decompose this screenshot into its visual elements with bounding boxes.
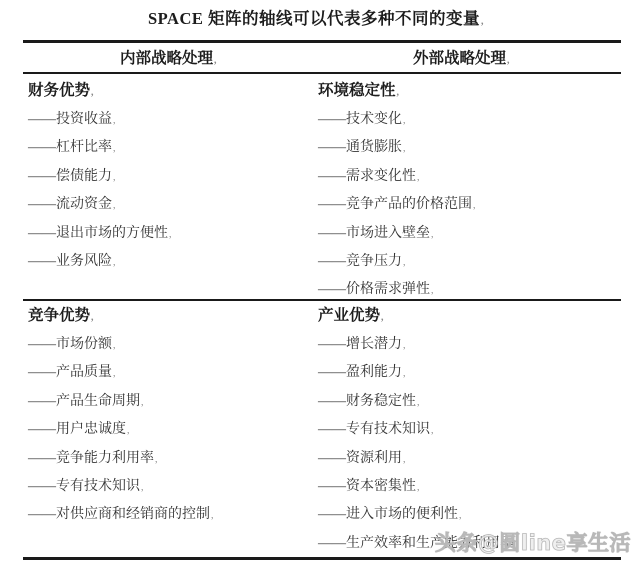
paragraph-mark: ,	[397, 87, 400, 98]
list-item: ——需求变化性,	[318, 163, 628, 191]
list-item: ——竞争能力利用率,	[28, 445, 310, 473]
paragraph-mark: ,	[113, 115, 116, 126]
paragraph-mark: ,	[381, 312, 384, 323]
list-item-text: ——产品生命周期	[28, 394, 140, 409]
list-item: ——专有技术知识,	[28, 473, 310, 501]
paragraph-mark: ,	[403, 115, 406, 126]
list-item-text: ——价格需求弹性	[318, 282, 430, 297]
column-header-external-text: 外部战略处理	[413, 50, 506, 67]
list-item: ——盈利能力,	[318, 359, 628, 387]
list-item-text: ——产品质量	[28, 365, 112, 380]
paragraph-mark: ,	[473, 200, 476, 211]
paragraph-mark: ,	[127, 425, 130, 436]
list-item-text: ——专有技术知识	[28, 479, 140, 494]
list-item: ——市场份额,	[28, 331, 310, 359]
paragraph-mark: ,	[459, 510, 462, 521]
list-item-text: ——对供应商和经销商的控制	[28, 507, 210, 522]
paragraph-mark: ,	[417, 482, 420, 493]
list-item-text: ——需求变化性	[318, 169, 416, 184]
paragraph-mark: ,	[113, 143, 116, 154]
quadrant-environmental-stability: 环境稳定性, ——技术变化,——通货膨胀,——需求变化性,——竞争产品的价格范围…	[318, 76, 628, 305]
table-bottom-border	[23, 557, 621, 560]
list-item: ——通货膨胀,	[318, 134, 628, 162]
section-title-text: 环境稳定性	[318, 82, 396, 99]
quadrant-industry-strength: 产业优势, ——增长潜力,——盈利能力,——财务稳定性,——专有技术知识,——资…	[318, 301, 628, 558]
column-header-internal-text: 内部战略处理	[120, 50, 213, 67]
list-item: ——用户忠诚度,	[28, 416, 310, 444]
section-title-industry-strength: 产业优势,	[318, 301, 628, 331]
list-item-text: ——盈利能力	[318, 365, 402, 380]
paragraph-mark: ,	[403, 143, 406, 154]
list-item: ——竞争压力,	[318, 248, 628, 276]
section-title-text: 竞争优势	[28, 307, 90, 324]
list-item: ——偿债能力,	[28, 163, 310, 191]
column-header-external: 外部战略处理,	[413, 46, 510, 72]
section-title-text: 产业优势	[318, 307, 380, 324]
paragraph-mark: ,	[403, 340, 406, 351]
paragraph-mark: ,	[155, 454, 158, 465]
item-list-industry-strength: ——增长潜力,——盈利能力,——财务稳定性,——专有技术知识,——资源利用,——…	[318, 331, 628, 558]
list-item-text: ——偿债能力	[28, 169, 112, 184]
list-item-text: ——流动资金	[28, 197, 112, 212]
item-list-financial-strength: ——投资收益,——杠杆比率,——偿债能力,——流动资金,——退出市场的方便性,—…	[28, 106, 310, 276]
paragraph-mark: ,	[403, 368, 406, 379]
quadrant-competitive-advantage: 竞争优势, ——市场份额,——产品质量,——产品生命周期,——用户忠诚度,——竞…	[28, 301, 310, 530]
paragraph-mark: ,	[113, 368, 116, 379]
list-item-text: ——退出市场的方便性	[28, 226, 168, 241]
list-item-text: ——用户忠诚度	[28, 422, 126, 437]
page-title: SPACE 矩阵的轴线可以代表多种不同的变量,	[0, 5, 632, 29]
list-item-text: ——投资收益	[28, 112, 112, 127]
space-matrix-document: SPACE 矩阵的轴线可以代表多种不同的变量, 内部战略处理, 外部战略处理, …	[0, 0, 632, 564]
list-item-text: ——竞争压力	[318, 254, 402, 269]
paragraph-mark: ,	[141, 397, 144, 408]
item-list-environmental-stability: ——技术变化,——通货膨胀,——需求变化性,——竞争产品的价格范围,——市场进入…	[318, 106, 628, 305]
header-row-border	[23, 72, 621, 74]
paragraph-mark: ,	[91, 312, 94, 323]
list-item-text: ——通货膨胀	[318, 140, 402, 155]
list-item: ——退出市场的方便性,	[28, 220, 310, 248]
column-header-internal: 内部战略处理,	[120, 46, 217, 72]
list-item: ——进入市场的便利性,	[318, 501, 628, 529]
list-item-text: ——专有技术知识	[318, 422, 430, 437]
paragraph-mark: ,	[431, 285, 434, 296]
list-item-text: ——资本密集性	[318, 479, 416, 494]
list-item: ——专有技术知识,	[318, 416, 628, 444]
paragraph-mark: ,	[403, 257, 406, 268]
list-item: ——投资收益,	[28, 106, 310, 134]
list-item: ——财务稳定性,	[318, 388, 628, 416]
section-title-environmental-stability: 环境稳定性,	[318, 76, 628, 106]
list-item: ——市场进入壁垒,	[318, 220, 628, 248]
list-item-text: ——技术变化	[318, 112, 402, 127]
paragraph-mark: ,	[211, 510, 214, 521]
list-item: ——技术变化,	[318, 106, 628, 134]
table-top-border	[23, 40, 621, 43]
item-list-competitive-advantage: ——市场份额,——产品质量,——产品生命周期,——用户忠诚度,——竞争能力利用率…	[28, 331, 310, 530]
list-item: ——增长潜力,	[318, 331, 628, 359]
list-item-text: ——财务稳定性	[318, 394, 416, 409]
list-item-text: ——市场份额	[28, 337, 112, 352]
list-item-text: ——市场进入壁垒	[318, 226, 430, 241]
paragraph-mark: ,	[507, 55, 510, 66]
list-item: ——业务风险,	[28, 248, 310, 276]
paragraph-mark: ,	[141, 482, 144, 493]
paragraph-mark: ,	[417, 172, 420, 183]
watermark: 头条@圆line享生活	[435, 527, 631, 557]
list-item-text: ——竞争产品的价格范围	[318, 197, 472, 212]
page-title-text: SPACE 矩阵的轴线可以代表多种不同的变量	[148, 9, 480, 28]
paragraph-mark: ,	[91, 87, 94, 98]
section-title-competitive-advantage: 竞争优势,	[28, 301, 310, 331]
list-item-text: ——竞争能力利用率	[28, 451, 154, 466]
list-item: ——竞争产品的价格范围,	[318, 191, 628, 219]
list-item-text: ——进入市场的便利性	[318, 507, 458, 522]
paragraph-mark: ,	[113, 340, 116, 351]
list-item: ——产品质量,	[28, 359, 310, 387]
paragraph-mark: ,	[113, 172, 116, 183]
paragraph-mark: ,	[113, 200, 116, 211]
list-item: ——流动资金,	[28, 191, 310, 219]
paragraph-mark: ,	[169, 229, 172, 240]
paragraph-mark: ,	[431, 229, 434, 240]
list-item: ——杠杆比率,	[28, 134, 310, 162]
list-item: ——资本密集性,	[318, 473, 628, 501]
paragraph-mark: ,	[481, 16, 484, 27]
list-item-text: ——业务风险	[28, 254, 112, 269]
list-item-text: ——杠杆比率	[28, 140, 112, 155]
list-item: ——对供应商和经销商的控制,	[28, 501, 310, 529]
quadrant-financial-strength: 财务优势, ——投资收益,——杠杆比率,——偿债能力,——流动资金,——退出市场…	[28, 76, 310, 276]
list-item-text: ——资源利用	[318, 451, 402, 466]
paragraph-mark: ,	[403, 454, 406, 465]
section-title-financial-strength: 财务优势,	[28, 76, 310, 106]
list-item: ——资源利用,	[318, 445, 628, 473]
paragraph-mark: ,	[417, 397, 420, 408]
section-title-text: 财务优势	[28, 82, 90, 99]
list-item-text: ——增长潜力	[318, 337, 402, 352]
paragraph-mark: ,	[214, 55, 217, 66]
list-item: ——产品生命周期,	[28, 388, 310, 416]
paragraph-mark: ,	[431, 425, 434, 436]
paragraph-mark: ,	[113, 257, 116, 268]
